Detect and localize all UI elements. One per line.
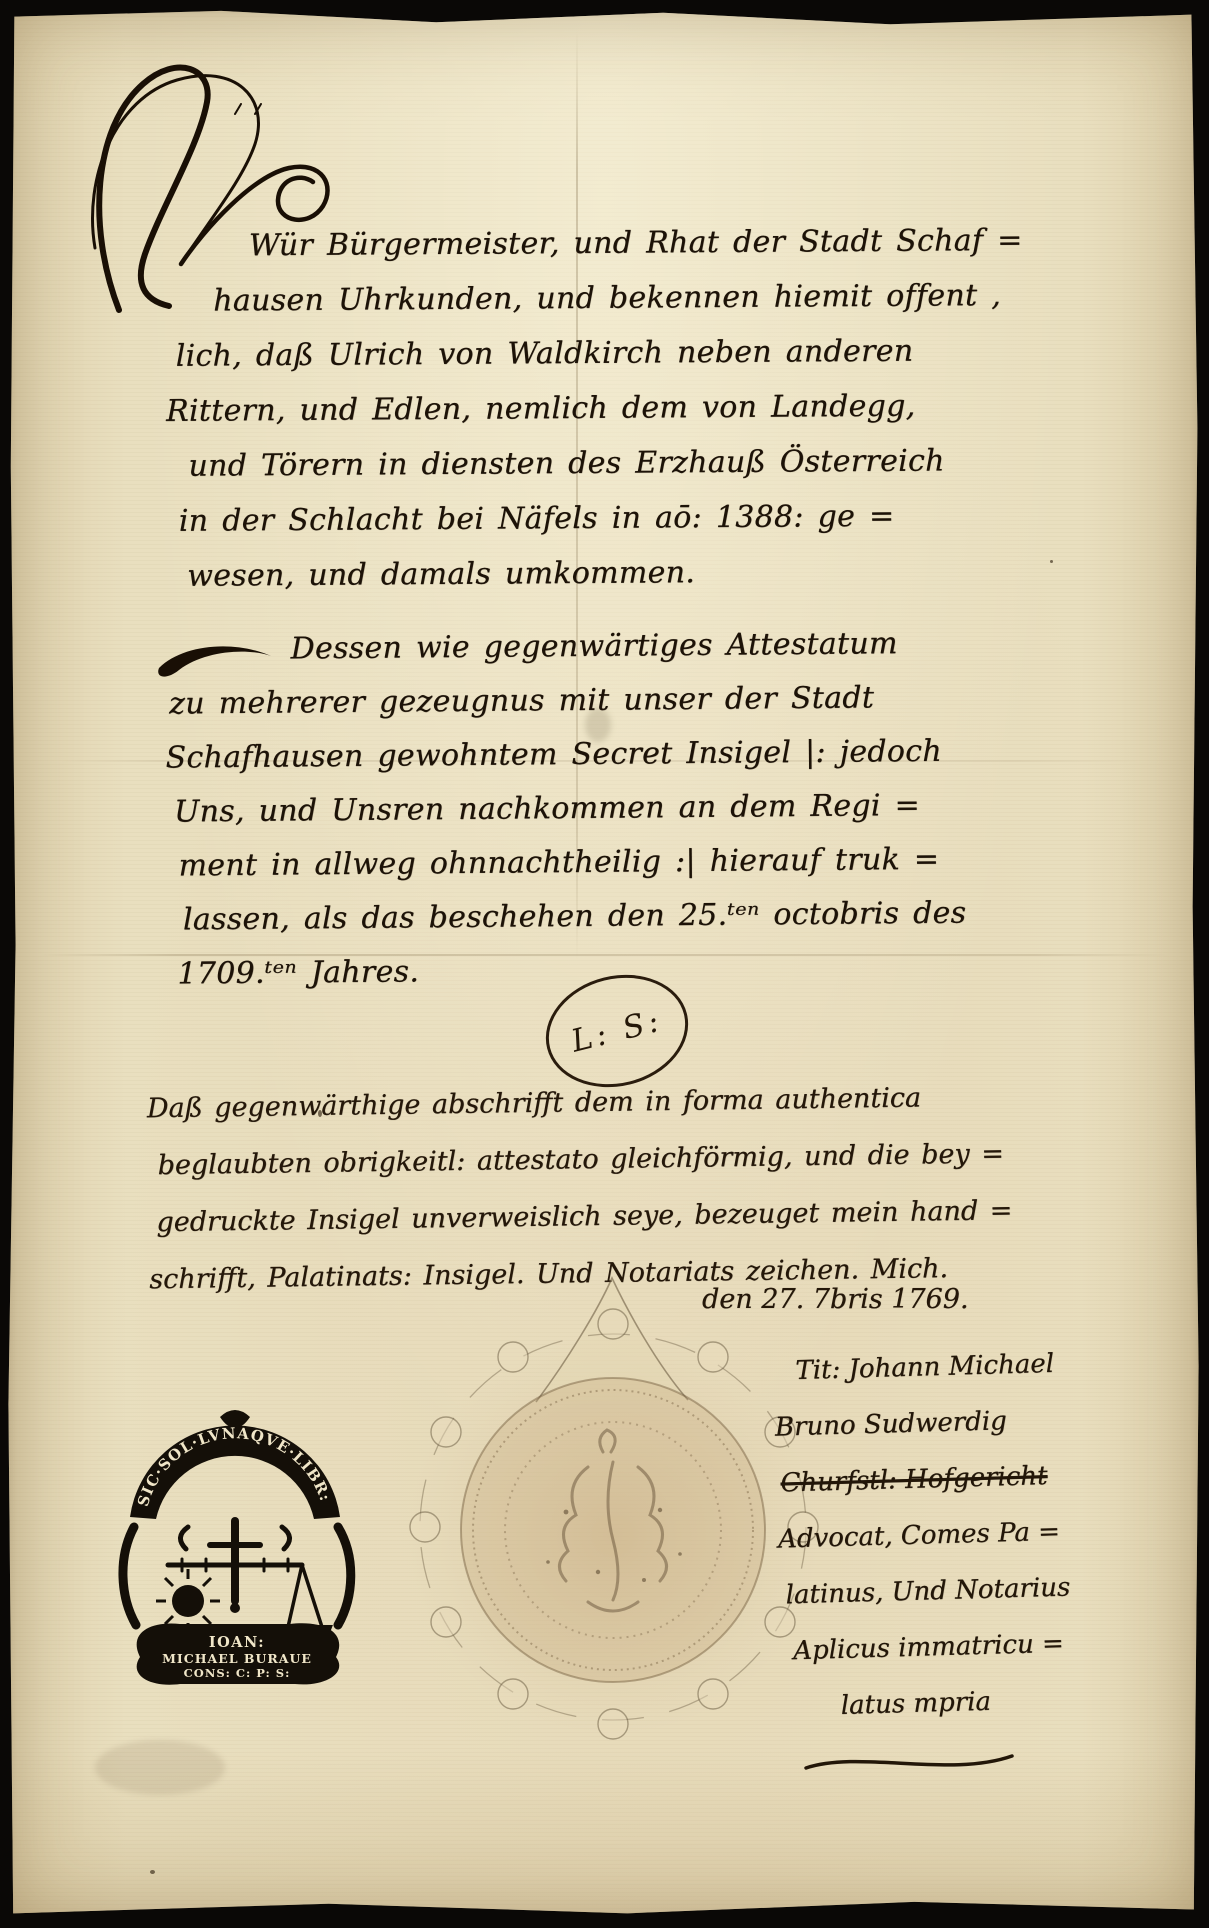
manuscript-line: Dessen wie gegenwärtiges Attestatum: [162, 616, 982, 677]
notary-stamp: SIC·SOL·LVNAQVE·LIBR: IOAN: MICHAEL BURA…: [110, 1395, 365, 1695]
manuscript-line: in der Schlacht bei Näfels in aō: 1388: …: [163, 488, 993, 549]
manuscript-line: Schafhausen gewohntem Secret Insigel |: …: [163, 724, 983, 785]
manuscript-line: Rittern, und Edlen, nemlich dem von Land…: [162, 378, 992, 439]
body-paragraph-2: Dessen wie gegenwärtiges Attestatum zu m…: [162, 616, 985, 1001]
manuscript-line: hausen Uhrkunden, und bekennen hiemit of…: [161, 268, 991, 329]
locus-sigilli-label: L: S:: [568, 1002, 667, 1059]
signature-underline-flourish: [800, 1748, 1030, 1778]
stamp-cartouche-line1: IOAN:: [209, 1634, 265, 1651]
manuscript-line: wesen, und damals umkommen.: [163, 543, 993, 604]
paper-speck: [150, 1870, 155, 1874]
manuscript-line: lich, daß Ulrich von Waldkirch neben and…: [161, 323, 991, 384]
manuscript-line: Wür Bürgermeister, und Rhat der Stadt Sc…: [161, 213, 991, 274]
stamp-cartouche-line3: CONS: C: P: S:: [184, 1666, 291, 1680]
manuscript-line: ment in allweg ohnnachtheilig :| hierauf…: [164, 832, 984, 893]
embossed-paper-seal: [398, 1262, 838, 1752]
scanned-document: Wür Bürgermeister, und Rhat der Stadt Sc…: [0, 0, 1209, 1928]
manuscript-line: lassen, als das beschehen den 25.ᵗᵉⁿ oct…: [165, 886, 985, 947]
manuscript-line: Uns, und Unsren nachkommen an dem Regi =: [164, 778, 984, 839]
signature-block: Tit: Johann Michael Bruno Sudwerdig Chur…: [773, 1332, 1184, 1735]
body-paragraph-1: Wür Bürgermeister, und Rhat der Stadt Sc…: [161, 213, 994, 604]
stamp-cartouche-line2: MICHAEL BURAUE: [162, 1651, 312, 1666]
manuscript-line: zu mehrerer gezeugnus mit unser der Stad…: [163, 670, 983, 731]
manuscript-line: und Törern in diensten des Erzhauß Öster…: [162, 433, 992, 494]
paper-speck: [1050, 560, 1053, 563]
signature-line: latus mpria: [782, 1668, 1183, 1735]
